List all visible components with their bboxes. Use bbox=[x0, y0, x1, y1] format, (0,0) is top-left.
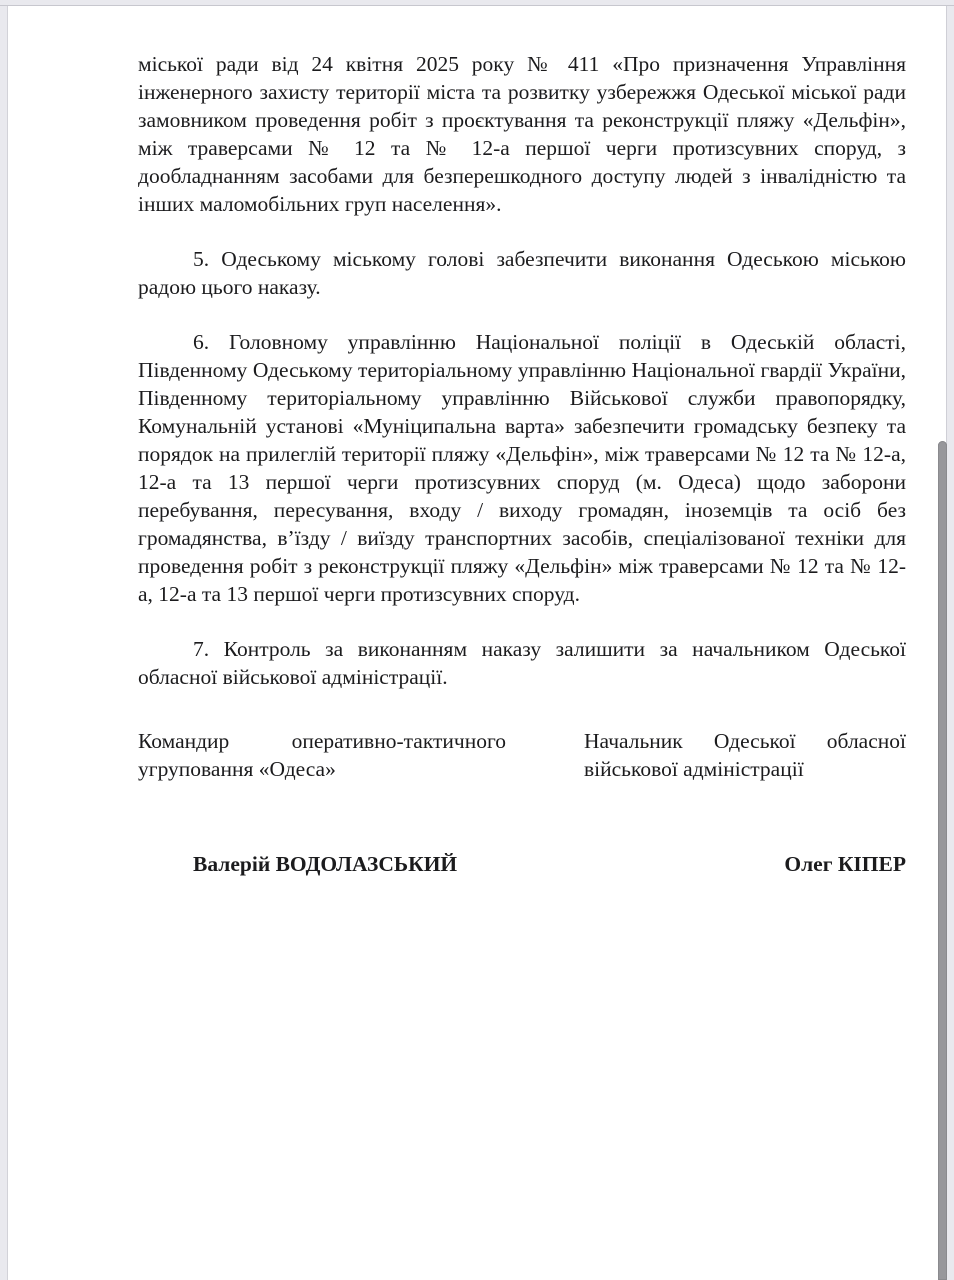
scrollbar-track[interactable] bbox=[946, 0, 954, 1280]
signature-title-right: Начальник Одеської обласної військової а… bbox=[584, 727, 906, 783]
signature-name-left: Валерій ВОДОЛАЗСЬКИЙ bbox=[193, 850, 457, 878]
signature-column-right: Начальник Одеської обласної військової а… bbox=[584, 727, 906, 783]
signature-block: Командир оперативно-тактичного угрупован… bbox=[138, 727, 906, 783]
document-page: міської ради від 24 квітня 2025 року № 4… bbox=[9, 7, 945, 1280]
paragraph: 7. Контроль за виконанням наказу залишит… bbox=[138, 635, 906, 691]
document-viewer: міської ради від 24 квітня 2025 року № 4… bbox=[0, 0, 954, 1280]
signature-name-right: Олег КІПЕР bbox=[784, 850, 906, 878]
signature-column-left: Командир оперативно-тактичного угрупован… bbox=[138, 727, 506, 783]
scrollbar-thumb[interactable] bbox=[938, 441, 947, 1280]
viewer-frame-top bbox=[0, 0, 954, 6]
paragraph: 5. Одеському міському голові забезпечити… bbox=[138, 245, 906, 301]
document-body: міської ради від 24 квітня 2025 року № 4… bbox=[138, 50, 906, 878]
paragraph: 6. Головному управлінню Національної пол… bbox=[138, 328, 906, 608]
paragraph-container: міської ради від 24 квітня 2025 року № 4… bbox=[138, 50, 906, 691]
signature-title-left: Командир оперативно-тактичного угрупован… bbox=[138, 727, 506, 783]
paragraph: міської ради від 24 квітня 2025 року № 4… bbox=[138, 50, 906, 218]
signature-names: Валерій ВОДОЛАЗСЬКИЙ Олег КІПЕР bbox=[138, 850, 906, 878]
viewer-frame-left bbox=[0, 0, 8, 1280]
